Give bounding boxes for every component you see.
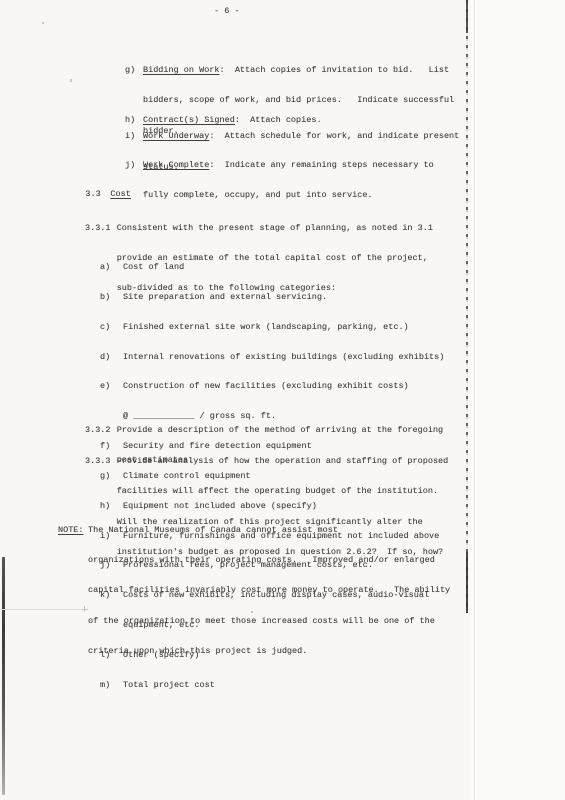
- clause-text: Provide an analysis of how the operation…: [117, 456, 449, 466]
- list-item: c)Finished external site work (landscapi…: [100, 323, 444, 333]
- item-term: Bidding on Work: [143, 65, 220, 75]
- item-text: Internal renovations of existing buildin…: [123, 352, 444, 362]
- item-text: Total project cost: [123, 680, 215, 690]
- list-item: m)Total project cost: [100, 681, 444, 691]
- list-item: b)Site preparation and external servicin…: [100, 293, 444, 303]
- text-line: 3.3.1Consistent with the present stage o…: [85, 223, 433, 233]
- note-block: NOTE:The National Museums of Canada cann…: [58, 505, 450, 677]
- item-letter: c): [100, 323, 123, 333]
- list-item: e)Construction of new facilities (exclud…: [100, 382, 444, 392]
- item-text: Finished external site work (landscaping…: [123, 322, 409, 332]
- list-item: a)Cost of land: [100, 263, 444, 273]
- item-letter: j): [125, 160, 143, 171]
- text-line: NOTE:The National Museums of Canada cann…: [58, 525, 450, 535]
- clause-text: Provide a description of the method of a…: [117, 425, 443, 435]
- note-label: NOTE:: [58, 525, 88, 535]
- page-number: - 6 -: [214, 6, 240, 16]
- text-line: of the organization to meet those increa…: [58, 616, 450, 626]
- clause-text: Consistent with the present stage of pla…: [117, 223, 433, 233]
- note-text: The National Museums of Canada cannot as…: [88, 525, 338, 535]
- page-edge-dark-bottom: [466, 552, 469, 613]
- clause-number: 3.3.3: [85, 456, 117, 466]
- item-text: Cost of land: [123, 262, 184, 272]
- text-line: 3.3.3Provide an analysis of how the oper…: [85, 456, 448, 466]
- clause-number: 3.3.2: [85, 425, 117, 435]
- scan-speck: [42, 22, 44, 24]
- item-letter: e): [100, 382, 123, 392]
- text-line: organizations with their operating costs…: [58, 555, 450, 565]
- scanner-background-strip: [470, 0, 565, 800]
- text-line: j)Work Complete: Indicate any remaining …: [125, 160, 434, 171]
- item-letter: g): [125, 65, 143, 76]
- text-line: 3.3.2Provide a description of the method…: [85, 425, 443, 435]
- item-text: Construction of new facilities (excludin…: [123, 381, 409, 391]
- text-line: capital facilities invariably cost more …: [58, 585, 450, 595]
- text-line: g)Bidding on Work: Attach copies of invi…: [125, 65, 454, 76]
- item-letter: a): [100, 263, 123, 273]
- item-letter: m): [100, 681, 123, 691]
- scanned-document-page: - 6 - g)Bidding on Work: Attach copies o…: [0, 0, 565, 800]
- list-item: d)Internal renovations of existing build…: [100, 353, 444, 363]
- item-term: Work Complete: [143, 160, 209, 170]
- item-letter: d): [100, 353, 123, 363]
- binding-shadow-line: [2, 557, 5, 795]
- section-title: Cost: [110, 189, 130, 199]
- clause-number: 3.3.1: [85, 223, 117, 233]
- item-text: : Attach copies of invitation to bid. Li…: [220, 65, 450, 75]
- section-number: 3.3: [85, 189, 110, 200]
- item-text: Site preparation and external servicing.: [123, 292, 327, 302]
- page-edge-dark-top: [466, 0, 468, 33]
- text-line: fully complete, occupy, and put into ser…: [125, 190, 434, 201]
- item-text: : Indicate any remaining steps necessary…: [209, 160, 433, 170]
- page-edge-dashed-line: [466, 0, 468, 613]
- scan-speck: [70, 79, 72, 82]
- text-line: criteria upon which this project is judg…: [58, 646, 450, 656]
- text-line: facilities will affect the operating bud…: [85, 486, 448, 496]
- item-letter: b): [100, 293, 123, 303]
- page-edge-faint-line: [474, 0, 475, 800]
